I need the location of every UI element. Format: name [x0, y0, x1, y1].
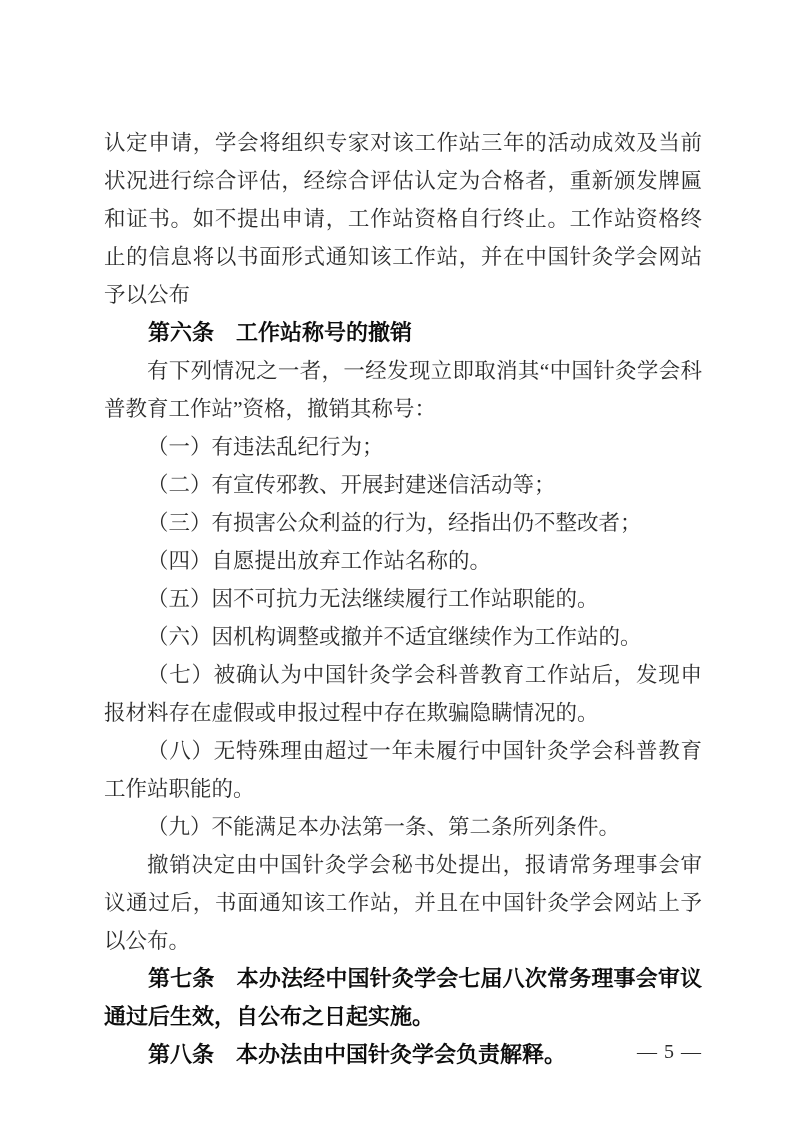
article-8-paragraph: 第八条 本办法由中国针灸学会负责解释。 — [104, 1036, 702, 1074]
document-body: 认定申请，学会将组织专家对该工作站三年的活动成效及当前状况进行综合评估，经综合评… — [104, 124, 702, 1074]
clause-3: （三）有损害公众利益的行为，经指出仍不整改者； — [104, 504, 702, 542]
clause-8: （八）无特殊理由超过一年未履行中国针灸学会科普教育工作站职能的。 — [104, 732, 702, 808]
article-6-intro: 有下列情况之一者，一经发现立即取消其“中国针灸学会科普教育工作站”资格，撤销其称… — [104, 352, 702, 428]
clause-2: （二）有宣传邪教、开展封建迷信活动等； — [104, 466, 702, 504]
revocation-procedure: 撤销决定由中国针灸学会秘书处提出，报请常务理事会审议通过后，书面通知该工作站，并… — [104, 846, 702, 960]
clause-1: （一）有违法乱纪行为； — [104, 428, 702, 466]
clause-7: （七）被确认为中国针灸学会科普教育工作站后，发现申报材料存在虚假或申报过程中存在… — [104, 656, 702, 732]
page-number: — 5 — — [637, 1040, 702, 1064]
article-7-paragraph: 第七条 本办法经中国针灸学会七届八次常务理事会审议通过后生效，自公布之日起实施。 — [104, 960, 702, 1036]
clause-9: （九）不能满足本办法第一条、第二条所列条件。 — [104, 808, 702, 846]
clause-4: （四）自愿提出放弃工作站名称的。 — [104, 542, 702, 580]
document-page: 认定申请，学会将组织专家对该工作站三年的活动成效及当前状况进行综合评估，经综合评… — [0, 0, 800, 1131]
clause-5: （五）因不可抗力无法继续履行工作站职能的。 — [104, 580, 702, 618]
clause-6: （六）因机构调整或撤并不适宜继续作为工作站的。 — [104, 618, 702, 656]
para-continuation: 认定申请，学会将组织专家对该工作站三年的活动成效及当前状况进行综合评估，经综合评… — [104, 124, 702, 314]
article-6-heading: 第六条 工作站称号的撤销 — [104, 314, 702, 352]
